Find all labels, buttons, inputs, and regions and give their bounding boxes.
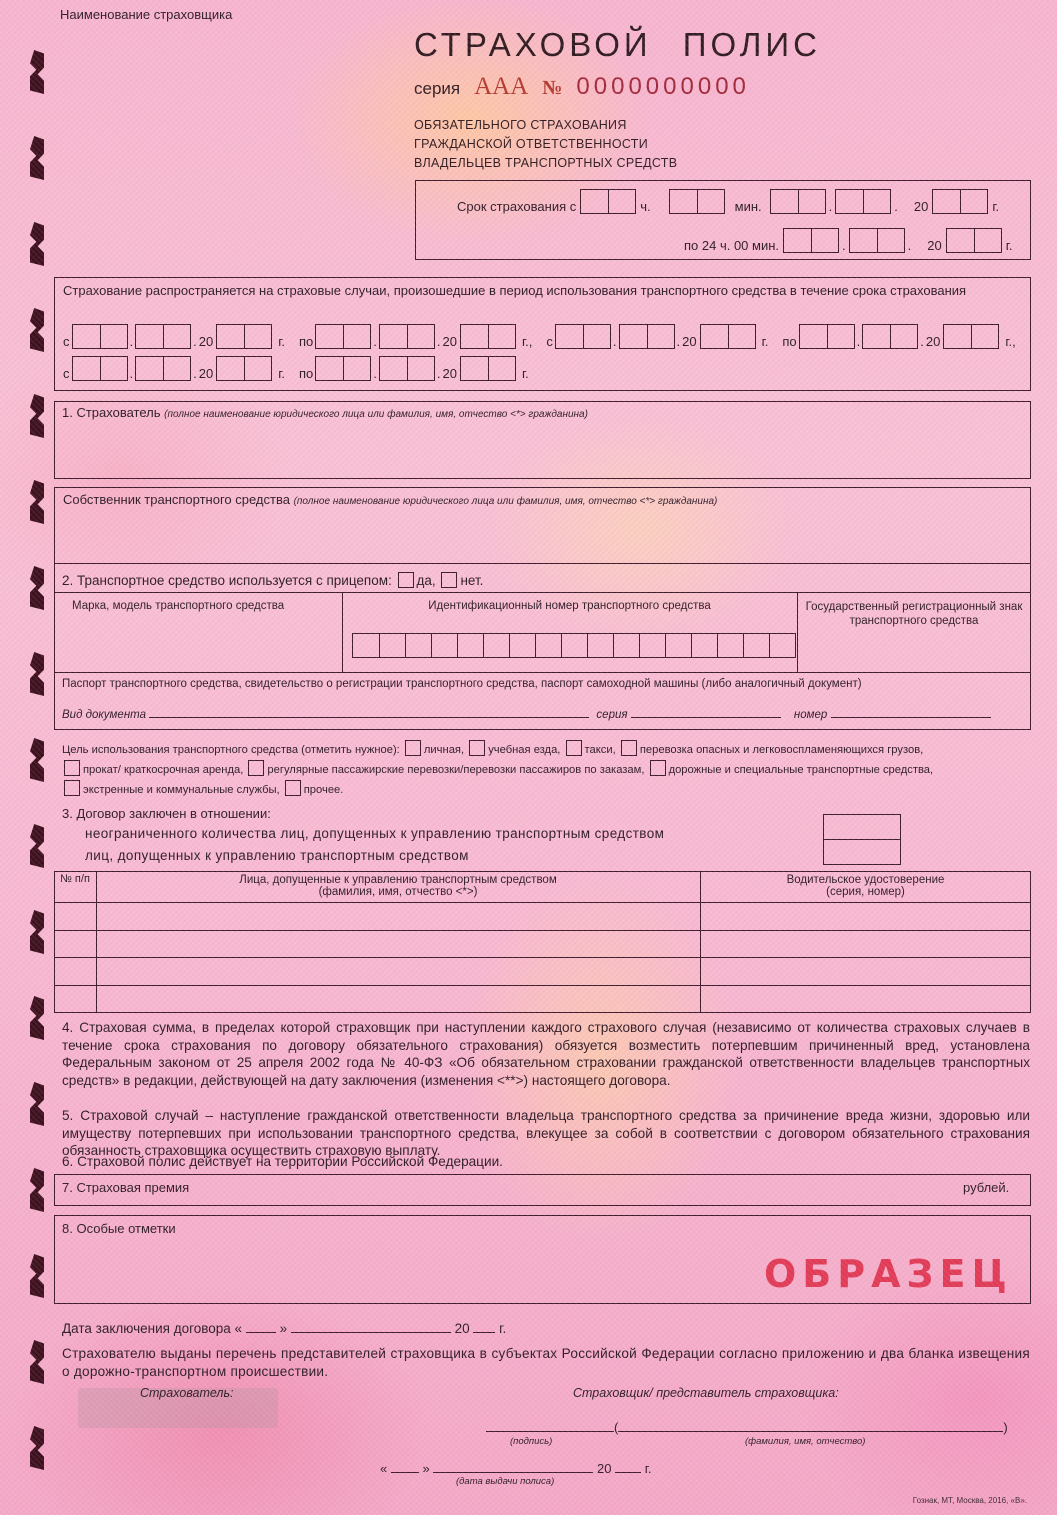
policy-number: 0000000000 — [576, 73, 749, 101]
purpose-option-label: прочее. — [304, 784, 344, 796]
binding-stitch — [30, 1426, 44, 1470]
year-prefix: 20 — [914, 199, 928, 214]
issued-documents-text: Страхователю выданы перечень представите… — [62, 1345, 1030, 1380]
limited-drivers-checkbox[interactable] — [823, 839, 901, 865]
contract-date-label: Дата заключения договора « — [62, 1321, 242, 1336]
make-model-label: Марка, модель транспортного средства — [72, 600, 284, 612]
premium-box — [54, 1174, 1031, 1206]
number-sign: № — [542, 77, 562, 100]
period-day-field-5[interactable] — [72, 356, 128, 381]
usage-purpose-label: Цель использования транспортного средств… — [62, 744, 400, 756]
issue-date-hint: (дата выдачи полиса) — [456, 1476, 554, 1487]
label: 20 — [443, 334, 457, 349]
label: с — [63, 366, 70, 381]
purpose-option-checkbox[interactable] — [405, 740, 421, 756]
year-prefix: 20 — [455, 1321, 470, 1336]
contract-date-row: Дата заключения договора « » 20 г. — [62, 1321, 506, 1336]
period-year-field-5[interactable] — [216, 356, 272, 381]
label: г. — [278, 334, 285, 349]
col-person-sub: (фамилия, имя, отчество <*>) — [96, 886, 700, 898]
dot: . — [842, 238, 846, 253]
insurance-policy-page: Наименование страховщика СТРАХОВОЙ ПОЛИС… — [0, 0, 1057, 1515]
full-name-hint: (фамилия, имя, отчество) — [745, 1436, 865, 1447]
purpose-option-label: экстренные и коммунальные службы, — [83, 784, 280, 796]
purpose-option-label: дорожные и специальные транспортные сред… — [669, 764, 934, 776]
period-year-field-3[interactable] — [700, 324, 756, 349]
col-license-header: Водительское удостоверение — [700, 874, 1031, 886]
policyholder-label-row: 1. Страхователь (полное наименование юри… — [62, 405, 588, 420]
binding-stitch — [30, 136, 44, 180]
issue-date-row: « » 20 г. — [380, 1461, 651, 1476]
purpose-option-checkbox[interactable] — [248, 760, 264, 776]
subtitle-line-2: ГРАЖДАНСКОЙ ОТВЕТСТВЕННОСТИ — [414, 137, 648, 151]
doc-number-label: номер — [794, 709, 827, 721]
series-number-line: серия ААА № 0000000000 — [414, 73, 750, 101]
trailer-no-label: нет. — [460, 573, 483, 588]
label: по — [299, 366, 313, 381]
insurer-name-label: Наименование страховщика — [60, 7, 232, 22]
term-from-month-field[interactable] — [835, 189, 891, 214]
year-suffix: г. — [499, 1321, 506, 1336]
period-day-field-6[interactable] — [315, 356, 371, 381]
table-row-divider — [54, 902, 1031, 903]
term-minutes-field[interactable] — [669, 189, 725, 214]
binding-stitch — [30, 1340, 44, 1384]
term-from-year-field[interactable] — [932, 189, 988, 214]
year-suffix: г. — [1006, 238, 1013, 253]
trailer-label: 2. Транспортное средство используется с … — [62, 573, 392, 588]
owner-label-row: Собственник транспортного средства (полн… — [63, 492, 717, 507]
label: с — [546, 334, 553, 349]
period-month-field-6[interactable] — [379, 356, 435, 381]
period-year-field-1[interactable] — [216, 324, 272, 349]
period-month-field-2[interactable] — [379, 324, 435, 349]
purpose-option-checkbox[interactable] — [285, 780, 301, 796]
plate-label: Государственный регистрационный знак тра… — [800, 600, 1028, 628]
owner-hint: (полное наименование юридического лица и… — [294, 496, 718, 507]
special-notes-label: 8. Особые отметки — [62, 1221, 176, 1236]
binding-stitch — [30, 222, 44, 266]
premium-label: 7. Страховая премия — [62, 1180, 189, 1195]
usage-period-text: Страхование распространяется на страховы… — [63, 283, 1023, 299]
period-day-field-2[interactable] — [315, 324, 371, 349]
table-row-divider — [54, 957, 1031, 958]
issue-day-field[interactable] — [391, 1461, 419, 1473]
insurer-signature-label: Страховщик/ представитель страховщика: — [573, 1386, 839, 1400]
binding-stitch — [30, 394, 44, 438]
col-person-header: Лица, допущенные к управлению транспортн… — [96, 874, 700, 886]
insured-signature-label: Страхователь: — [140, 1386, 234, 1400]
binding-stitch — [30, 824, 44, 868]
label: г. — [278, 366, 285, 381]
label: с — [63, 334, 70, 349]
quote: » — [422, 1461, 429, 1476]
limited-drivers-label: лиц, допущенных к управлению транспортны… — [85, 848, 469, 863]
divider — [797, 592, 798, 672]
purpose-option-checkbox[interactable] — [469, 740, 485, 756]
period-month-field-5[interactable] — [135, 356, 191, 381]
col-no-header: № п/п — [54, 873, 96, 885]
vehicle-passport-label: Паспорт транспортного средства, свидетел… — [62, 678, 862, 690]
term-to-label: по 24 ч. 00 мин. — [684, 238, 779, 253]
binding-stitch — [30, 1168, 44, 1212]
signature-hint: (подпись) — [510, 1436, 552, 1447]
quote: « — [380, 1461, 387, 1476]
usage-purpose: Цель использования транспортного средств… — [62, 740, 1032, 800]
clause-5: 5. Страховой случай – наступление гражда… — [62, 1107, 1030, 1160]
binding-stitch — [30, 566, 44, 610]
full-name-field[interactable] — [618, 1420, 1003, 1432]
purpose-option-label: прокат/ краткосрочная аренда, — [83, 764, 243, 776]
contract-year-field[interactable] — [473, 1321, 495, 1333]
table-row-divider — [54, 930, 1031, 931]
unlimited-drivers-label: неограниченного количества лиц, допущенн… — [85, 826, 664, 841]
year-suffix: г. — [992, 199, 999, 214]
printer-imprint: Гознак, МТ, Москва, 2016, «В». — [913, 1496, 1027, 1505]
binding-stitch — [30, 738, 44, 782]
binding-stitch — [30, 308, 44, 352]
label: 20 — [682, 334, 696, 349]
contract-day-field[interactable] — [246, 1321, 276, 1333]
trailer-no-checkbox[interactable] — [441, 572, 457, 588]
trailer-yes-label: да, — [417, 573, 436, 588]
series-value: ААА — [474, 73, 528, 101]
usage-period-row-1: с..20г.по..20г.,с..20г.по..20г., — [63, 324, 1030, 349]
period-day-field-1[interactable] — [72, 324, 128, 349]
doc-type-label: Вид документа — [62, 709, 146, 721]
purpose-option-label: учебная езда, — [488, 744, 560, 756]
term-to-year-field[interactable] — [946, 228, 1002, 253]
divider — [54, 592, 1031, 593]
vin-input[interactable] — [352, 633, 796, 658]
issue-year-field[interactable] — [615, 1461, 641, 1473]
period-month-field-1[interactable] — [135, 324, 191, 349]
purpose-option-label: перевозка опасных и легковоспламеняющихс… — [640, 744, 923, 756]
col-license-sub: (серия, номер) — [700, 886, 1031, 898]
label: г. — [762, 334, 769, 349]
period-month-field-3[interactable] — [619, 324, 675, 349]
doc-type-field[interactable] — [149, 706, 589, 718]
doc-series-label: серия — [596, 709, 627, 721]
binding-stitch — [30, 480, 44, 524]
period-month-field-4[interactable] — [862, 324, 918, 349]
dot: . — [894, 199, 898, 214]
binding-edge — [26, 20, 50, 1500]
period-year-field-6[interactable] — [460, 356, 516, 381]
period-year-field-4[interactable] — [943, 324, 999, 349]
label: 20 — [443, 366, 457, 381]
term-to-row: по 24 ч. 00 мин. . . 20 г. — [680, 228, 1017, 253]
year-prefix: 20 — [927, 238, 941, 253]
doc-number-field[interactable] — [831, 706, 991, 718]
term-from-day-field[interactable] — [770, 189, 826, 214]
label: 20 — [926, 334, 940, 349]
label: г., — [1005, 334, 1015, 349]
label: 20 — [199, 334, 213, 349]
sample-stamp: ОБРАЗЕЦ — [764, 1252, 1013, 1296]
clause-6: 6. Страховой полис действует на территор… — [62, 1153, 1030, 1171]
doc-series-field[interactable] — [631, 706, 781, 718]
owner-label: Собственник транспортного средства — [63, 492, 290, 507]
purpose-option-label: регулярные пассажирские перевозки/перево… — [267, 764, 644, 776]
year-prefix: 20 — [597, 1461, 611, 1476]
label: по — [299, 334, 313, 349]
label: по — [782, 334, 796, 349]
period-year-field-2[interactable] — [460, 324, 516, 349]
issue-month-field[interactable] — [433, 1461, 593, 1473]
quote: » — [280, 1321, 288, 1336]
purpose-option-checkbox[interactable] — [64, 780, 80, 796]
subtitle-line-1: ОБЯЗАТЕЛЬНОГО СТРАХОВАНИЯ — [414, 118, 627, 132]
term-hours-field[interactable] — [580, 189, 636, 214]
purpose-option-checkbox[interactable] — [621, 740, 637, 756]
table-row-divider — [54, 985, 1031, 986]
term-from-row: Срок страхования с ч. мин. . . 20 г. — [453, 189, 1003, 214]
period-day-field-4[interactable] — [799, 324, 855, 349]
term-to-day-field[interactable] — [783, 228, 839, 253]
label: г. — [522, 366, 529, 381]
binding-stitch — [30, 1082, 44, 1126]
year-suffix: г. — [645, 1461, 652, 1476]
purpose-option-checkbox[interactable] — [64, 760, 80, 776]
series-label: серия — [414, 79, 460, 99]
divider — [54, 672, 1031, 673]
binding-stitch — [30, 996, 44, 1040]
purpose-option-label: личная, — [424, 744, 464, 756]
divider — [54, 563, 1031, 564]
binding-stitch — [30, 1254, 44, 1298]
purpose-option-checkbox[interactable] — [566, 740, 582, 756]
dot: . — [908, 238, 912, 253]
premium-currency: рублей. — [963, 1180, 1009, 1195]
page-title: СТРАХОВОЙ ПОЛИС — [414, 26, 821, 64]
contract-scope-label: 3. Договор заключен в отношении: — [62, 806, 271, 821]
subtitle-line-3: ВЛАДЕЛЬЦЕВ ТРАНСПОРТНЫХ СРЕДСТВ — [414, 156, 677, 170]
purpose-option-checkbox[interactable] — [650, 760, 666, 776]
unlimited-drivers-checkbox[interactable] — [823, 814, 901, 840]
policyholder-hint: (полное наименование юридического лица и… — [164, 409, 588, 420]
contract-month-field[interactable] — [291, 1321, 451, 1333]
minutes-label: мин. — [735, 199, 762, 214]
dot: . — [829, 199, 833, 214]
usage-period-row-2: с..20г.по..20г. — [63, 356, 543, 381]
vin-label: Идентификационный номер транспортного ср… — [342, 600, 797, 612]
binding-stitch — [30, 910, 44, 954]
period-day-field-3[interactable] — [555, 324, 611, 349]
label: 20 — [199, 366, 213, 381]
hours-label: ч. — [640, 199, 650, 214]
signature-field[interactable] — [486, 1420, 614, 1432]
purpose-option-label: такси, — [585, 744, 616, 756]
signature-row: () — [486, 1420, 1008, 1435]
clause-4: 4. Страховая сумма, в пределах которой с… — [62, 1019, 1030, 1089]
binding-stitch — [30, 50, 44, 94]
term-to-month-field[interactable] — [849, 228, 905, 253]
binding-stitch — [30, 652, 44, 696]
trailer-row: 2. Транспортное средство используется с … — [62, 572, 483, 588]
policyholder-label: 1. Страхователь — [62, 405, 161, 420]
term-from-label: Срок страхования с — [457, 199, 576, 214]
label: г., — [522, 334, 532, 349]
trailer-yes-checkbox[interactable] — [398, 572, 414, 588]
document-row: Вид документа серия номер — [62, 706, 991, 721]
